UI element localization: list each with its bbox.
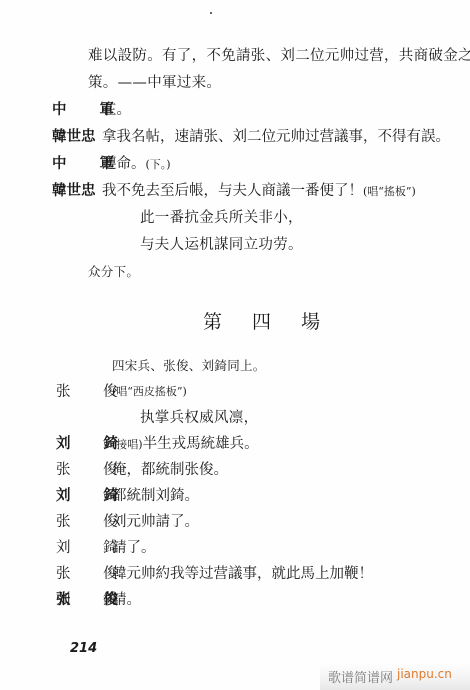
speech-text: 半生戎馬統雄兵。 [143,436,259,452]
stage-direction: (接唱) [112,438,143,451]
speech-text: 拿我名帖，速請张、刘二位元帅过营議事，不得有誤。 [102,127,450,147]
page-number: 214 [70,641,97,656]
stage-direction: (唱“搖板”) [363,185,416,198]
speech-text: 刘元帅請了。 [112,512,199,532]
speech-text: 俺，都統制张俊。 [112,460,228,480]
speech-text: 我不免去至后帳，与夫人商議一番便了！ [102,183,363,199]
script-page: 难以設防。有了，不免請张、刘二位元帅过营，共商破金之 策。——中軍过来。 中 軍… [0,0,470,690]
speaker-name: 韓世忠 [52,181,96,201]
speaker-name: 张 俊 [56,590,132,610]
verse-line: 执掌兵权威风凛， [140,408,258,428]
speech-text: 都統制刘錡。 [112,486,199,506]
stage-direction: (下。) [146,158,171,171]
scene-title: 第 四 場 [203,307,332,334]
speech-text: 在。 [102,100,131,120]
speech-text: 韓元帅約我等过营議事，就此馬上加鞭！ [112,564,373,584]
speech-group: 遵命。(下。) [102,154,171,175]
entrance-direction: 四宋兵、张俊、刘錡同上。 [112,356,266,376]
stage-direction: (唱“西皮搖板”) [112,382,187,402]
speech-text: 遵命。 [102,156,146,172]
exit-direction: 众分下。 [88,262,139,282]
watermark: 歌谱简谱网 jianpu.cn [320,662,470,690]
scan-speck [210,12,212,14]
speech-text: 請了。 [112,538,156,558]
speech-group: 我不免去至后帳，与夫人商議一番便了！(唱“搖板”) [102,181,416,202]
continuation-line-1: 难以設防。有了，不免請张、刘二位元帅过营，共商破金之 [88,46,470,66]
verse-line: 与夫人运机謀同立功劳。 [140,235,303,255]
watermark-site-name: 歌谱简谱网 [328,667,393,686]
speech-group: (接唱)半生戎馬統雄兵。 [112,434,259,455]
continuation-line-2: 策。——中軍过来。 [88,73,221,93]
verse-line: 此一番抗金兵所关非小， [140,208,303,228]
watermark-domain: jianpu.cn [397,667,452,681]
speaker-name: 韓世忠 [52,127,96,147]
